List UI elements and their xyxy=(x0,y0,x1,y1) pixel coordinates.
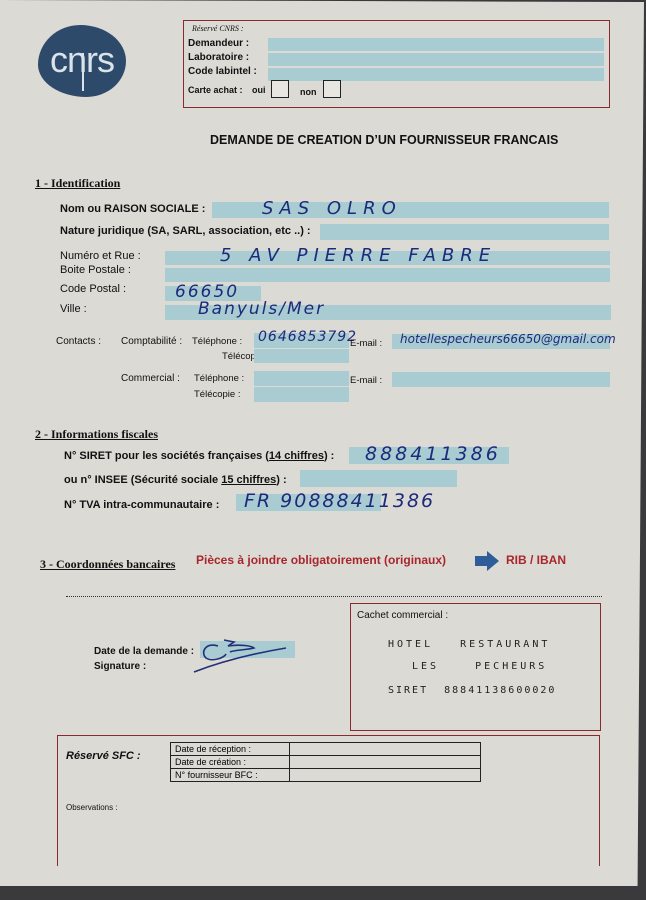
siret-label-digits: 14 chiffres xyxy=(269,450,324,462)
oui-checkbox[interactable] xyxy=(271,80,289,98)
compta-telephone-value: 0646853792 xyxy=(258,329,357,345)
date-reception-field[interactable] xyxy=(290,743,481,756)
stamp-line-3: SIRET 88841138600020 xyxy=(388,685,556,696)
signature-label: Signature : xyxy=(94,661,146,672)
reserve-sfc-title: Réservé SFC : xyxy=(66,750,141,762)
rib-iban-label: RIB / IBAN xyxy=(506,553,566,567)
insee-label-post: ) : xyxy=(276,474,286,486)
commercial-telephone-field[interactable] xyxy=(254,371,349,386)
cachet-label: Cachet commercial : xyxy=(357,610,448,621)
tva-label: N° TVA intra-communautaire : xyxy=(64,499,219,511)
separator-dotted xyxy=(66,596,602,597)
boite-postale-field[interactable] xyxy=(165,268,610,282)
right-arrow-icon xyxy=(475,551,499,571)
rue-label: Numéro et Rue : xyxy=(60,250,141,262)
signature-scribble[interactable] xyxy=(190,632,300,677)
compta-email-value: hotellespecheurs66650@gmail.com xyxy=(400,332,616,346)
sfc-row: Date de réception : xyxy=(171,743,481,756)
nature-juridique-field[interactable] xyxy=(320,224,609,240)
insee-field[interactable] xyxy=(300,470,457,487)
carte-achat-label: Carte achat : xyxy=(188,85,243,95)
sfc-row: N° fournisseur BFC : xyxy=(171,769,481,782)
code-postal-label: Code Postal : xyxy=(60,283,126,295)
code-labintel-label: Code labintel : xyxy=(188,66,257,77)
laboratoire-label: Laboratoire : xyxy=(188,52,249,63)
commercial-email-field[interactable] xyxy=(392,372,610,387)
bancaires-notice: Pièces à joindre obligatoirement (origin… xyxy=(196,553,446,567)
code-labintel-field[interactable] xyxy=(268,68,604,81)
insee-label-pre: ou n° INSEE (Sécurité sociale xyxy=(64,474,221,486)
raison-sociale-label: Nom ou RAISON SOCIALE : xyxy=(60,203,205,215)
compta-email-label: E-mail : xyxy=(350,338,382,349)
date-demande-label: Date de la demande : xyxy=(94,646,194,657)
sfc-row: Date de création : xyxy=(171,756,481,769)
sfc-row-label: N° fournisseur BFC : xyxy=(171,769,290,782)
reserve-cnrs-title: Réservé CNRS : xyxy=(192,24,244,33)
section-identification-heading: 1 - Identification xyxy=(35,176,120,191)
ville-label: Ville : xyxy=(60,303,87,315)
raison-sociale-value: SAS OLRO xyxy=(262,198,402,219)
non-checkbox[interactable] xyxy=(323,80,341,98)
section-fiscal-heading: 2 - Informations fiscales xyxy=(35,427,158,442)
siret-label: N° SIRET pour les sociétés françaises (1… xyxy=(64,450,334,462)
numero-fournisseur-field[interactable] xyxy=(290,769,481,782)
boite-postale-label: Boite Postale : xyxy=(60,264,131,276)
compta-telephone-label: Téléphone : xyxy=(192,336,242,347)
nature-juridique-label: Nature juridique (SA, SARL, association,… xyxy=(60,225,311,237)
date-creation-field[interactable] xyxy=(290,756,481,769)
insee-label: ou n° INSEE (Sécurité sociale 15 chiffre… xyxy=(64,474,287,486)
tva-value: FR 90888411386 xyxy=(244,490,435,512)
commercial-telephone-label: Téléphone : xyxy=(194,373,244,384)
compta-telecopie-field[interactable] xyxy=(254,349,349,363)
siret-label-pre: N° SIRET pour les sociétés françaises ( xyxy=(64,450,269,462)
oui-label: oui xyxy=(252,85,266,95)
observations-label: Observations : xyxy=(66,803,118,812)
page-title: DEMANDE DE CREATION D’UN FOURNISSEUR FRA… xyxy=(210,133,558,147)
siret-label-post: ) : xyxy=(324,450,334,462)
rue-value: 5 AV PIERRE FABRE xyxy=(220,245,496,266)
non-label: non xyxy=(300,87,317,97)
cnrs-logo: cnrs xyxy=(38,25,126,97)
commercial-label: Commercial : xyxy=(121,373,180,384)
insee-label-digits: 15 chiffres xyxy=(221,474,276,486)
demandeur-label: Demandeur : xyxy=(188,38,249,49)
commercial-telecopie-field[interactable] xyxy=(254,387,349,402)
commercial-telecopie-label: Télécopie : xyxy=(194,389,240,400)
commercial-email-label: E-mail : xyxy=(350,375,382,386)
contacts-label: Contacts : xyxy=(56,336,101,347)
sfc-row-label: Date de création : xyxy=(171,756,290,769)
sfc-row-label: Date de réception : xyxy=(171,743,290,756)
ville-value: Banyuls/Mer xyxy=(198,299,325,319)
comptabilite-label: Comptabilité : xyxy=(121,336,182,347)
logo-line xyxy=(82,53,84,91)
siret-value: 888411386 xyxy=(365,443,501,465)
form-page: cnrs Réservé CNRS : Demandeur : Laborato… xyxy=(0,0,644,886)
stamp-line-2: LES PECHEURS xyxy=(412,661,547,672)
laboratoire-field[interactable] xyxy=(268,53,604,66)
section-bancaires-heading: 3 - Coordonnées bancaires xyxy=(40,557,175,572)
demandeur-field[interactable] xyxy=(268,38,604,51)
stamp-line-1: HOTEL RESTAURANT xyxy=(388,639,550,650)
sfc-table: Date de réception : Date de création : N… xyxy=(170,742,481,782)
